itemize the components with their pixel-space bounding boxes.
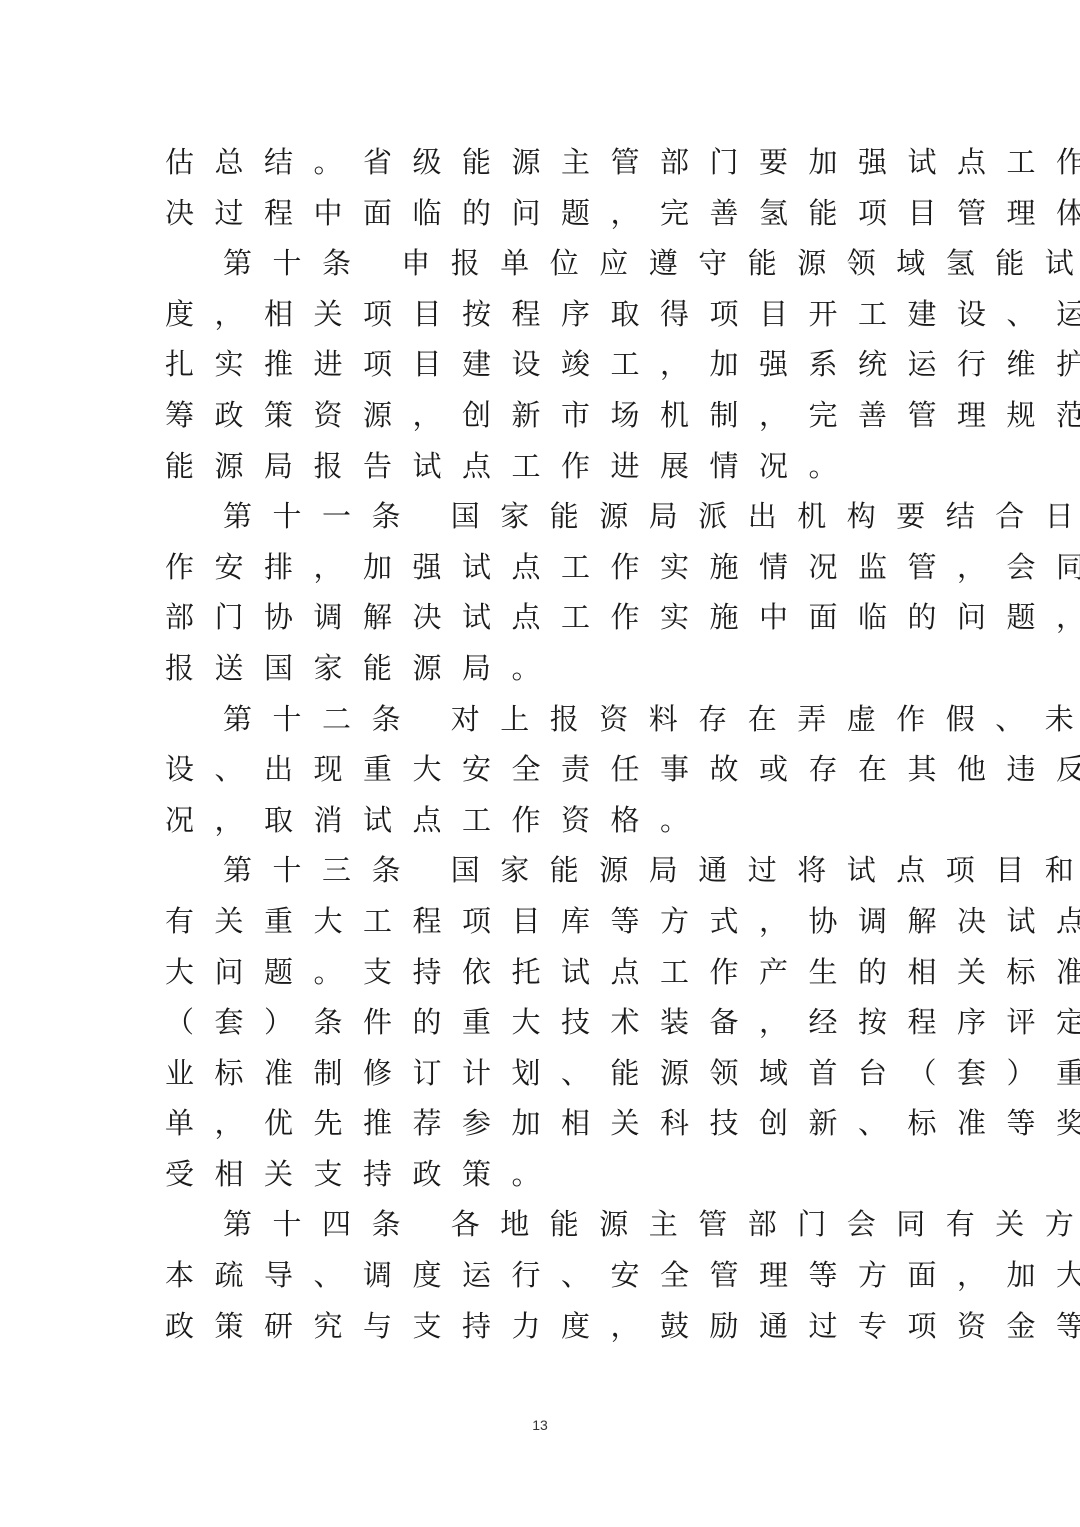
text-line: 度，相关项目按程序取得项目开工建设、运行等相关手续，: [165, 289, 925, 340]
text-line: 筹政策资源，创新市场机制，完善管理规范，及时向国家: [165, 390, 925, 441]
text-line: 决过程中面临的问题，完善氢能项目管理体系和支持政策。: [165, 188, 925, 239]
text-line: （套）条件的重大技术装备，经按程序评定，优先纳入行: [165, 997, 925, 1048]
article-11-heading-line: 第十一条 国家能源局派出机构要结合日常监管有关工: [165, 491, 925, 542]
text-line: 单，优先推荐参加相关科技创新、标准等奖励评选，并享: [165, 1098, 925, 1149]
article-14-heading-line: 第十四条 各地能源主管部门会同有关方面围绕项目成: [165, 1199, 925, 1250]
article-13-heading-line: 第十三条 国家能源局通过将试点项目和区域纳入国家: [165, 845, 925, 896]
page-number: 13: [0, 1417, 1080, 1433]
text-line: 业标准制修订计划、能源领域首台（套）重大技术装备清: [165, 1048, 925, 1099]
document-page: 估总结。省级能源主管部门要加强试点工作管理，协调解 决过程中面临的问题，完善氢能…: [0, 0, 1080, 1527]
text-line: 作安排，加强试点工作实施情况监管，会同各地能源主管: [165, 542, 925, 593]
text-line: 大问题。支持依托试点工作产生的相关标准、符合首台: [165, 947, 925, 998]
text-line: 有关重大工程项目库等方式，协调解决试点工作面临的重: [165, 896, 925, 947]
article-10-heading-line: 第十条 申报单位应遵守能源领域氢能试点管理相关制: [165, 238, 925, 289]
text-line: 况，取消试点工作资格。: [165, 795, 925, 846]
document-body: 估总结。省级能源主管部门要加强试点工作管理，协调解 决过程中面临的问题，完善氢能…: [165, 137, 925, 1351]
text-line: 本疏导、调度运行、安全管理等方面，加大试点工作专项: [165, 1250, 925, 1301]
text-line: 政策研究与支持力度，鼓励通过专项资金等政策支持试点: [165, 1301, 925, 1352]
text-line: 部门协调解决试点工作实施中面临的问题，并将相关结果: [165, 592, 925, 643]
text-line: 设、出现重大安全责任事故或存在其他违反试点要求的情: [165, 744, 925, 795]
article-12-heading-line: 第十二条 对上报资料存在弄虚作假、未按试点内容建: [165, 694, 925, 745]
text-line: 扎实推进项目建设竣工，加强系统运行维护；相关区域统: [165, 339, 925, 390]
text-line: 报送国家能源局。: [165, 643, 925, 694]
text-line: 估总结。省级能源主管部门要加强试点工作管理，协调解: [165, 137, 925, 188]
text-line: 能源局报告试点工作进展情况。: [165, 441, 925, 492]
text-line: 受相关支持政策。: [165, 1149, 925, 1200]
